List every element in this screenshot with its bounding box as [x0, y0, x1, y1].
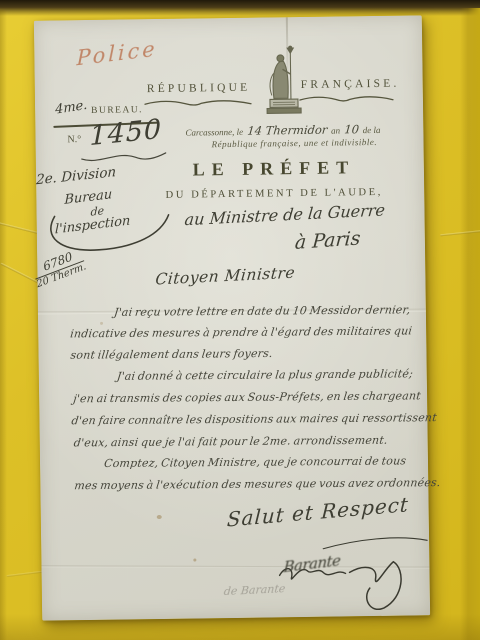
- dateline-year: 10: [343, 122, 359, 136]
- letter-line-p1-3: sont illégalement dans leurs foyers.: [70, 347, 274, 362]
- flourish-underline-icon: [143, 98, 255, 112]
- letter-line-p1-2: indicative des mesures à prendre à l'éga…: [70, 324, 413, 340]
- foxing-spot: [193, 559, 196, 562]
- letter-line-p2-4: d'eux, ainsi que je l'ai fait pour le 2m…: [73, 434, 388, 450]
- republic-left-label: RÉPUBLIQUE: [147, 82, 251, 95]
- dateline-dela: de la: [363, 125, 381, 135]
- number-label: N.°: [67, 134, 81, 145]
- letter-line-p2-3: d'en faire connaître les dispositions au…: [71, 411, 438, 427]
- letter-line-p2-2: j'en ai transmis des copies aux Sous-Pré…: [72, 389, 421, 405]
- dateline-an: an: [331, 125, 340, 135]
- letter-line-p3-2: mes moyens à l'exécution des mesures que…: [74, 476, 442, 492]
- title-departement: DU DÉPARTEMENT DE L'AUDE,: [154, 187, 394, 201]
- dateline-line2: République française, une et indivisible…: [212, 137, 378, 149]
- republic-right-label: FRANÇAISE.: [301, 78, 400, 91]
- police-note: Police: [76, 37, 157, 71]
- letter-line-p1-1: J'ai reçu votre lettre en date du 10 Mes…: [113, 303, 411, 319]
- photo-scene: Police RÉPUBLIQUE FRANÇAISE.: [0, 0, 480, 640]
- letter-document: Police RÉPUBLIQUE FRANÇAISE.: [34, 15, 430, 620]
- foxing-spot: [100, 322, 103, 325]
- dateline-day: 14 Thermidor: [246, 123, 327, 138]
- division-note: 2e. Division: [36, 164, 117, 188]
- republic-emblem-icon: [260, 45, 307, 130]
- dateline-place: Carcassonne, le: [185, 127, 243, 138]
- number-value: 1450: [90, 114, 162, 153]
- title-prefet: LE PRÉFET: [174, 157, 374, 181]
- bureau-numeral: 4me.: [55, 98, 88, 118]
- registry-reference-note: 6780 20 Therm.: [32, 245, 88, 290]
- background-fold-band: [460, 8, 480, 640]
- bureau-label: BUREAU.: [91, 105, 143, 116]
- number-flourish-icon: [80, 149, 170, 166]
- dateline: Carcassonne, le 14 Thermidor an 10 de la: [185, 122, 380, 139]
- salutation: Citoyen Ministre: [155, 264, 296, 289]
- background-left-edge: [0, 10, 7, 640]
- office-note-line1: Bureau: [64, 187, 112, 208]
- letter-line-p2-1: J'ai donné à cette circulaire la plus gr…: [116, 367, 414, 383]
- flourish-underline-icon: [298, 94, 396, 107]
- table-edge: [0, 0, 480, 16]
- foxing-spot: [157, 515, 162, 519]
- addressee-line1: au Ministre de la Guerre: [184, 200, 386, 229]
- letter-line-p3-1: Comptez, Citoyen Ministre, que je concou…: [103, 454, 407, 470]
- addressee-line2: à Paris: [294, 227, 361, 254]
